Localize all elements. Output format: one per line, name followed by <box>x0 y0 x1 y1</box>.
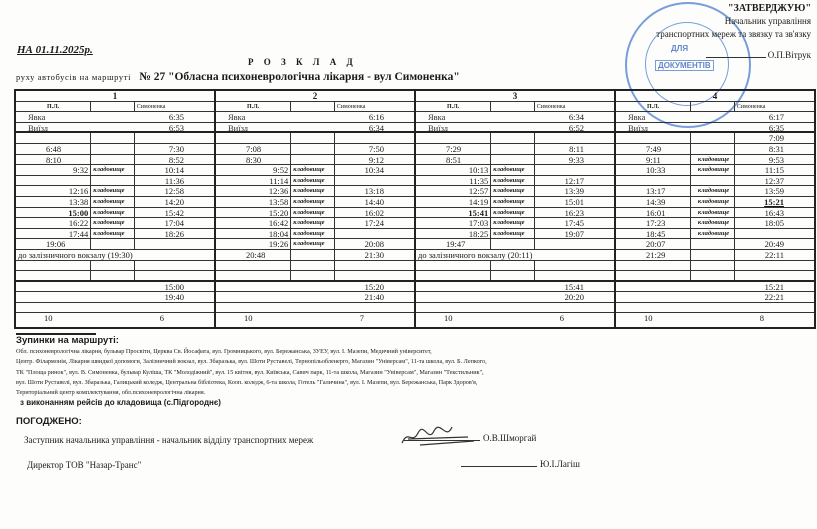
trip-via: кладовище <box>291 197 335 207</box>
trip-departure: 17:03 <box>416 218 491 228</box>
trip-row: 19:06 <box>16 239 214 250</box>
yavka-row: Явка6:35 <box>16 112 214 123</box>
trip-via: кладовище <box>291 165 335 175</box>
vyizd-label: Виїзд <box>416 123 535 132</box>
empty-cell <box>335 271 414 280</box>
trip-departure: 21:29 <box>616 250 691 260</box>
trip-row: 12:37 <box>616 176 814 187</box>
trip-row: 15:00кладовище15:42 <box>16 208 214 219</box>
trip-departure: 9:52 <box>216 165 291 175</box>
trip-departure: 11:14 <box>216 176 291 186</box>
bus-number: 2 <box>216 91 414 101</box>
trip-row: 13:58кладовище14:40 <box>216 197 414 208</box>
trip-via <box>91 133 135 143</box>
summary-blank <box>616 282 735 292</box>
vyizd-row: Виїзд6:34 <box>216 123 414 134</box>
trip-departure: 8:10 <box>16 155 91 165</box>
trip-row: 7:298:11 <box>416 144 614 155</box>
trip-row: 10:33кладовище11:15 <box>616 165 814 176</box>
trip-row: 9:32кладовище10:14 <box>16 165 214 176</box>
trip-via: кладовище <box>491 197 535 207</box>
bus-number: 4 <box>616 91 814 101</box>
trip-departure: 10:13 <box>416 165 491 175</box>
footer-row: 107 <box>216 313 414 324</box>
spacer-row <box>216 303 414 314</box>
summary-blank <box>416 282 535 292</box>
summary-time: 19:40 <box>135 292 214 302</box>
trip-arrival: 17:24 <box>335 218 414 228</box>
trip-via: кладовище <box>691 197 735 207</box>
trip-departure: 16:42 <box>216 218 291 228</box>
deputy-signature: О.В.Шморгай <box>404 433 536 443</box>
summary-row: 15:21 <box>616 282 814 293</box>
yavka-label: Явка <box>16 112 135 122</box>
trip-departure <box>416 133 491 143</box>
trip-departure <box>616 133 691 143</box>
empty-row <box>616 271 814 282</box>
summary-blank <box>416 292 535 302</box>
footer-value: 6 <box>115 313 214 324</box>
trip-departure: 9:11 <box>616 155 691 165</box>
depot-note: до залізничного вокзалу (19:30) <box>16 250 214 260</box>
yavka-label: Явка <box>616 112 735 122</box>
approval-signature: О.П.Вітрук <box>656 49 811 62</box>
signature-line <box>461 466 537 467</box>
trip-row: 10:13кладовище <box>416 165 614 176</box>
trip-row: 16:22кладовище17:04 <box>16 218 214 229</box>
trip-departure: 14:19 <box>416 197 491 207</box>
trip-row: 13:38кладовище14:20 <box>16 197 214 208</box>
header-pl: П.Л. <box>216 102 291 112</box>
vyizd-time: 6:34 <box>335 123 414 132</box>
trip-row: 7:498:31 <box>616 144 814 155</box>
vyizd-time: 6:35 <box>735 123 814 132</box>
header-simonenka: Симоненка <box>735 102 814 112</box>
header-simonenka: Симоненка <box>335 102 414 112</box>
trip-arrival: 11:15 <box>735 165 814 175</box>
trip-departure: 13:58 <box>216 197 291 207</box>
trip-row: 11:35кладовище12:17 <box>416 176 614 187</box>
trip-via: кладовище <box>491 186 535 196</box>
trip-row: 14:19кладовище15:01 <box>416 197 614 208</box>
yavka-time: 6:17 <box>735 112 814 122</box>
footer-value: 8 <box>715 313 814 324</box>
summary-blank <box>16 292 135 302</box>
vyizd-time: 6:52 <box>535 123 614 132</box>
footer-row: 106 <box>16 313 214 324</box>
header-pl: П.Л. <box>616 102 691 112</box>
footer-value: 10 <box>216 313 315 324</box>
trip-departure: 19:26 <box>216 239 291 249</box>
stops-section: Зупинки на маршруті: Обл. психоневрологі… <box>16 333 486 408</box>
trip-via <box>491 155 535 165</box>
trip-row <box>216 133 414 144</box>
trip-via <box>291 155 335 165</box>
cemetery-note: з виконанням рейсів до кладовища (с.Підг… <box>16 398 486 408</box>
trip-via <box>291 250 335 260</box>
trip-arrival: 16:23 <box>535 208 614 218</box>
trip-arrival: 12:17 <box>535 176 614 186</box>
trip-departure: 19:06 <box>16 239 91 249</box>
trip-departure: 18:04 <box>216 229 291 239</box>
stop-line: ТК "Площа ринок", вул. В. Симоненка, бул… <box>16 368 486 378</box>
bus-column: 3П.Л.СимоненкаЯвка6:34Виїзд6:527:298:118… <box>416 91 616 327</box>
empty-cell <box>216 271 291 280</box>
trip-departure: 9:32 <box>16 165 91 175</box>
trip-arrival: 8:11 <box>535 144 614 154</box>
trip-departure: 13:38 <box>16 197 91 207</box>
spacer-row <box>616 303 814 314</box>
vyizd-time: 6:53 <box>135 123 214 132</box>
empty-cell <box>616 271 691 280</box>
trip-row: 17:23кладовище18:05 <box>616 218 814 229</box>
column-header-row: П.Л.Симоненка <box>16 102 214 113</box>
trip-arrival: 14:40 <box>335 197 414 207</box>
trip-via: кладовище <box>291 208 335 218</box>
summary-blank <box>216 282 335 292</box>
header-pl: П.Л. <box>16 102 91 112</box>
trip-departure <box>16 133 91 143</box>
vyizd-label: Виїзд <box>616 123 735 132</box>
summary-row: 15:41 <box>416 282 614 293</box>
trip-via: кладовище <box>691 155 735 165</box>
empty-row <box>216 261 414 272</box>
trip-arrival: 13:39 <box>535 186 614 196</box>
yavka-row: Явка6:34 <box>416 112 614 123</box>
trip-departure: 13:17 <box>616 186 691 196</box>
trip-arrival: 17:45 <box>535 218 614 228</box>
trip-departure: 15:20 <box>216 208 291 218</box>
empty-cell <box>216 261 291 271</box>
footer-value: 7 <box>315 313 414 324</box>
trip-via <box>491 133 535 143</box>
empty-cell <box>91 271 135 280</box>
trip-arrival: 7:30 <box>135 144 214 154</box>
empty-cell <box>291 271 335 280</box>
empty-row <box>16 271 214 282</box>
trip-arrival: 10:34 <box>335 165 414 175</box>
trip-departure: 12:57 <box>416 186 491 196</box>
trip-via: кладовище <box>691 186 735 196</box>
trip-arrival: 18:26 <box>135 229 214 239</box>
signature-line <box>706 57 766 58</box>
deputy-name: О.В.Шморгай <box>483 433 536 443</box>
schedule-title: Р О З К Л А Д <box>248 57 357 67</box>
trip-arrival: 8:52 <box>135 155 214 165</box>
trip-departure: 14:39 <box>616 197 691 207</box>
spacer <box>416 303 614 313</box>
trip-arrival: 20:49 <box>735 239 814 249</box>
approval-heading: "ЗАТВЕРДЖУЮ" <box>656 2 811 15</box>
trip-departure: 15:41 <box>416 208 491 218</box>
empty-cell <box>91 261 135 271</box>
trip-arrival: 7:09 <box>735 133 814 143</box>
director-name: Ю.І.Лагіш <box>540 459 580 469</box>
empty-cell <box>735 271 814 280</box>
trip-departure <box>216 133 291 143</box>
trip-arrival: 10:14 <box>135 165 214 175</box>
trip-arrival <box>735 229 814 239</box>
schedule-table: 1П.Л.СимоненкаЯвка6:35Виїзд6:536:487:308… <box>14 89 816 329</box>
trip-arrival: 15:21 <box>735 197 814 207</box>
trip-row: 20:4821:30 <box>216 250 414 261</box>
trip-row: 12:36кладовище13:18 <box>216 186 414 197</box>
trip-row: 7:09 <box>616 133 814 144</box>
trip-row: 19:26кладовище20:08 <box>216 239 414 250</box>
trip-departure: 12:36 <box>216 186 291 196</box>
trip-arrival: 14:20 <box>135 197 214 207</box>
summary-row: 20:20 <box>416 292 614 303</box>
trip-row: 17:44кладовище18:26 <box>16 229 214 240</box>
empty-row <box>416 271 614 282</box>
empty-cell <box>291 261 335 271</box>
trip-row: 16:42кладовище17:24 <box>216 218 414 229</box>
trip-row: 11:14кладовище <box>216 176 414 187</box>
summary-time: 15:21 <box>735 282 814 292</box>
empty-cell <box>16 271 91 280</box>
empty-row <box>416 261 614 272</box>
spacer <box>16 303 214 313</box>
trip-row: 9:11кладовище9:53 <box>616 155 814 166</box>
trip-departure: 10:33 <box>616 165 691 175</box>
summary-row: 15:00 <box>16 282 214 293</box>
yavka-label: Явка <box>216 112 335 122</box>
trip-row: до залізничного вокзалу (19:30) <box>16 250 214 261</box>
trip-row: 21:2922:11 <box>616 250 814 261</box>
trip-arrival <box>135 133 214 143</box>
trip-via <box>91 144 135 154</box>
trip-departure <box>616 176 691 186</box>
header-blank <box>291 102 335 112</box>
summary-blank <box>16 282 135 292</box>
footer-value: 10 <box>616 313 715 324</box>
trip-arrival: 9:53 <box>735 155 814 165</box>
footer-value: 10 <box>416 313 515 324</box>
empty-cell <box>416 261 491 271</box>
trip-departure: 7:49 <box>616 144 691 154</box>
trip-arrival: 11:36 <box>135 176 214 186</box>
trip-via <box>691 133 735 143</box>
trip-via: кладовище <box>491 165 535 175</box>
trip-row: 16:01кладовище16:43 <box>616 208 814 219</box>
approver-name: О.П.Вітрук <box>768 50 811 60</box>
trip-departure: 17:44 <box>16 229 91 239</box>
stop-line: Територіальний центр комплектування, обл… <box>16 388 486 398</box>
trip-via: кладовище <box>291 218 335 228</box>
spacer-row <box>416 303 614 314</box>
trip-via: кладовище <box>91 165 135 175</box>
summary-row: 19:40 <box>16 292 214 303</box>
trip-via: кладовище <box>91 186 135 196</box>
trip-via: кладовище <box>91 218 135 228</box>
header-blank <box>91 102 135 112</box>
empty-cell <box>135 261 214 271</box>
summary-time: 22:21 <box>735 292 814 302</box>
trip-via: кладовище <box>491 208 535 218</box>
trip-arrival <box>335 133 414 143</box>
yavka-row: Явка6:16 <box>216 112 414 123</box>
stop-line: вул. Шоти Руставелі, вул. Збаразька, Гал… <box>16 378 486 388</box>
trip-row: 12:16кладовище12:58 <box>16 186 214 197</box>
yavka-time: 6:16 <box>335 112 414 122</box>
trip-row: 18:45кладовище <box>616 229 814 240</box>
trip-departure: 16:01 <box>616 208 691 218</box>
director-signature: Ю.І.Лагіш <box>461 459 580 469</box>
trip-via <box>91 239 135 249</box>
trip-via: кладовище <box>491 218 535 228</box>
summary-time: 15:00 <box>135 282 214 292</box>
bus-number-row: 4 <box>616 91 814 102</box>
trip-row: 8:309:12 <box>216 155 414 166</box>
trip-arrival <box>335 176 414 186</box>
trip-via <box>91 155 135 165</box>
trip-departure: 7:29 <box>416 144 491 154</box>
trip-via: кладовище <box>91 208 135 218</box>
trip-departure: 15:00 <box>16 208 91 218</box>
trip-via <box>691 176 735 186</box>
trip-via: кладовище <box>291 186 335 196</box>
bus-column: 4П.Л.СимоненкаЯвка6:17Виїзд6:357:097:498… <box>616 91 814 327</box>
column-header-row: П.Л.Симоненка <box>216 102 414 113</box>
trip-via <box>91 176 135 186</box>
yavka-time: 6:34 <box>535 112 614 122</box>
route-name: № 27 "Обласна психоневрологічна лікарня … <box>139 71 459 83</box>
route-line: руху автобусів на маршруті № 27 "Обласна… <box>16 71 460 83</box>
trip-arrival: 16:43 <box>735 208 814 218</box>
trip-via <box>291 144 335 154</box>
trip-departure: 20:48 <box>216 250 291 260</box>
bus-number-row: 3 <box>416 91 614 102</box>
trip-row: 9:52кладовище10:34 <box>216 165 414 176</box>
trip-departure: 18:25 <box>416 229 491 239</box>
bus-number-row: 1 <box>16 91 214 102</box>
trip-row: 8:108:52 <box>16 155 214 166</box>
empty-cell <box>135 271 214 280</box>
trip-arrival: 12:37 <box>735 176 814 186</box>
trip-arrival: 9:12 <box>335 155 414 165</box>
trip-departure: 12:16 <box>16 186 91 196</box>
trip-row <box>416 133 614 144</box>
footer-row: 108 <box>616 313 814 324</box>
depot-note: до залізничного вокзалу (20:11) <box>416 250 614 260</box>
trip-row: 15:20кладовище16:02 <box>216 208 414 219</box>
trip-via <box>691 144 735 154</box>
trip-via <box>691 239 735 249</box>
header-simonenka: Симоненка <box>135 102 214 112</box>
stops-list: Обл. психоневрологічна лікарня, бульвар … <box>16 347 486 398</box>
trip-departure: 8:30 <box>216 155 291 165</box>
trip-arrival: 9:33 <box>535 155 614 165</box>
trip-via: кладовище <box>291 239 335 249</box>
empty-cell <box>535 271 614 280</box>
header-blank <box>691 102 735 112</box>
vyizd-row: Виїзд6:35 <box>616 123 814 134</box>
yavka-row: Явка6:17 <box>616 112 814 123</box>
empty-cell <box>491 261 535 271</box>
trip-row <box>16 133 214 144</box>
trip-row: 12:57кладовище13:39 <box>416 186 614 197</box>
trip-departure: 18:45 <box>616 229 691 239</box>
summary-blank <box>616 292 735 302</box>
footer-value: 6 <box>515 313 614 324</box>
trip-via: кладовище <box>491 229 535 239</box>
header-blank <box>491 102 535 112</box>
trip-row: 14:39кладовище15:21 <box>616 197 814 208</box>
trip-row: 15:41кладовище16:23 <box>416 208 614 219</box>
vyizd-label: Виїзд <box>216 123 335 132</box>
trip-arrival: 7:50 <box>335 144 414 154</box>
trip-row: 7:087:50 <box>216 144 414 155</box>
vyizd-label: Виїзд <box>16 123 135 132</box>
header-simonenka: Симоненка <box>535 102 614 112</box>
vyizd-row: Виїзд6:52 <box>416 123 614 134</box>
trip-departure: 7:08 <box>216 144 291 154</box>
summary-row: 22:21 <box>616 292 814 303</box>
trip-row: 8:519:33 <box>416 155 614 166</box>
signature-line <box>404 440 480 441</box>
deputy-position: Заступник начальника управління - началь… <box>24 435 313 445</box>
trip-row: 18:25кладовище19:07 <box>416 229 614 240</box>
bus-column: 2П.Л.СимоненкаЯвка6:16Виїзд6:347:087:508… <box>216 91 416 327</box>
empty-row <box>616 261 814 272</box>
column-header-row: П.Л.Симоненка <box>416 102 614 113</box>
summary-time: 20:20 <box>535 292 614 302</box>
summary-time: 15:20 <box>335 282 414 292</box>
approval-block: "ЗАТВЕРДЖУЮ" Начальник управління трансп… <box>656 2 811 62</box>
trip-via: кладовище <box>691 208 735 218</box>
bus-number: 1 <box>16 91 214 101</box>
trip-via <box>291 133 335 143</box>
director-position: Директор ТОВ "Назар-Транс" <box>27 460 141 470</box>
trip-row: до залізничного вокзалу (20:11) <box>416 250 614 261</box>
trip-departure: 11:35 <box>416 176 491 186</box>
schedule-date: НА 01.11.2025р. <box>17 44 93 56</box>
empty-cell <box>491 271 535 280</box>
trip-arrival: 17:04 <box>135 218 214 228</box>
spacer <box>616 303 814 313</box>
vyizd-row: Виїзд6:53 <box>16 123 214 134</box>
summary-row: 21:40 <box>216 292 414 303</box>
yavka-time: 6:35 <box>135 112 214 122</box>
trip-via: кладовище <box>291 176 335 186</box>
trip-arrival: 15:01 <box>535 197 614 207</box>
stop-line: Обл. психоневрологічна лікарня, бульвар … <box>16 347 486 357</box>
bus-column: 1П.Л.СимоненкаЯвка6:35Виїзд6:536:487:308… <box>16 91 216 327</box>
trip-arrival: 16:02 <box>335 208 414 218</box>
approval-position: транспортних мереж та звязку та зв'язку <box>656 28 811 41</box>
footer-row: 106 <box>416 313 614 324</box>
empty-cell <box>691 271 735 280</box>
empty-cell <box>16 261 91 271</box>
trip-via <box>491 144 535 154</box>
trip-departure: 16:22 <box>16 218 91 228</box>
summary-blank <box>216 292 335 302</box>
empty-cell <box>691 261 735 271</box>
trip-arrival: 13:59 <box>735 186 814 196</box>
trip-row: 20:0720:49 <box>616 239 814 250</box>
yavka-label: Явка <box>416 112 535 122</box>
stop-line: Центр. Філармонія, Лікарня швидкої допом… <box>16 357 486 367</box>
trip-row: 17:03кладовище17:45 <box>416 218 614 229</box>
trip-arrival: 20:08 <box>335 239 414 249</box>
trip-row: 19:47 <box>416 239 614 250</box>
trip-arrival <box>335 229 414 239</box>
footer-value: 10 <box>16 313 115 324</box>
approval-position: Начальник управління <box>656 15 811 28</box>
header-pl: П.Л. <box>416 102 491 112</box>
trip-arrival <box>135 239 214 249</box>
trip-arrival: 18:05 <box>735 218 814 228</box>
